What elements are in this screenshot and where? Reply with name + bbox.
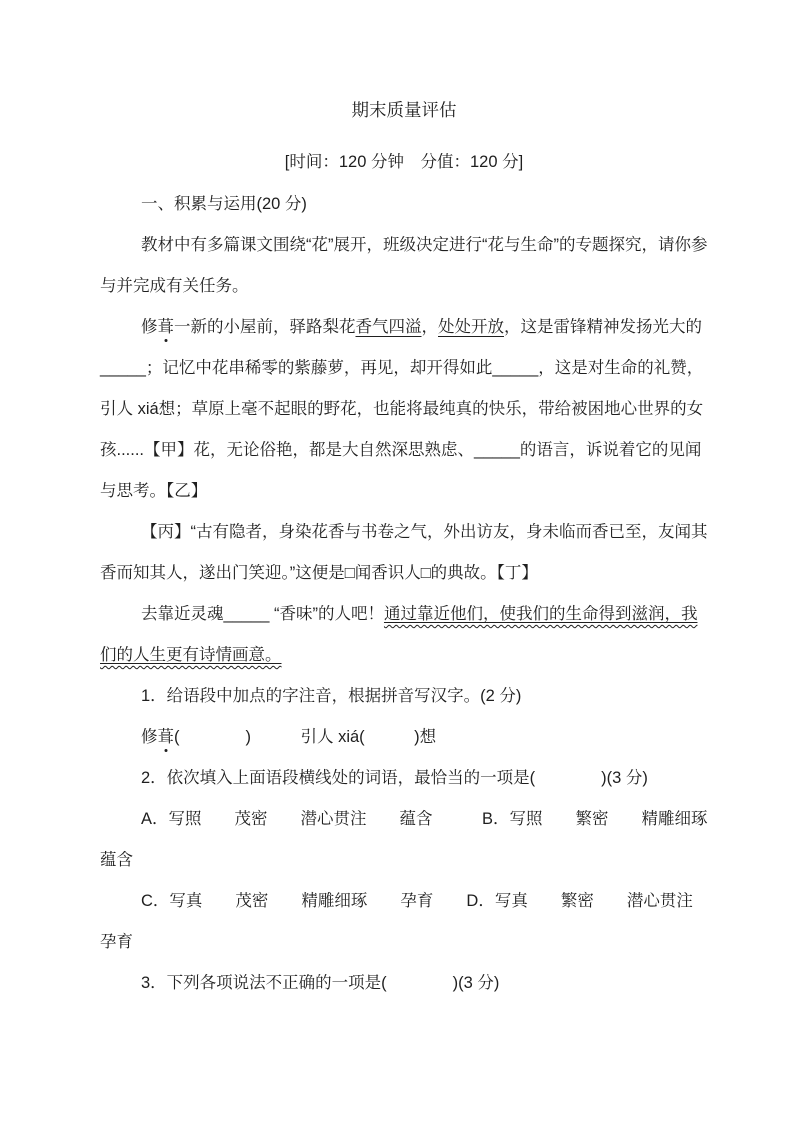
text-run: 去靠近灵魂	[141, 605, 224, 623]
emphasis-dot-char: 葺	[158, 318, 175, 336]
text-run: A．写照 茂密 潜心贯注 蕴含 B．写照 繁密 精雕细琢 蕴含	[100, 810, 741, 869]
text-run: “香味”的人吧！	[269, 605, 384, 623]
text-run: _____	[474, 441, 520, 459]
doc-title: 期末质量评估	[100, 90, 708, 131]
underlined-phrase: 香气四溢	[356, 318, 422, 336]
section-heading: 一、积累与运用(20 分)	[100, 184, 708, 225]
paragraph: 教材中有多篇课文围绕“花”展开，班级决定进行“花与生命”的专题探究，请你参与并完…	[100, 225, 708, 307]
emphasis-dot-char: 葺	[158, 728, 175, 746]
text-run: ( ) 引人 xiá( )想	[174, 728, 436, 746]
text-run: 修	[141, 318, 158, 336]
text-run: _____	[100, 359, 146, 377]
text-run: ，这是雷锋精神发扬光大的	[504, 318, 702, 336]
exam-page: 期末质量评估 [时间：120 分钟 分值：120 分] 一、积累与运用(20 分…	[0, 0, 793, 1122]
text-run: ；记忆中花串稀零的紫藤萝，再见，却开得如此	[146, 359, 493, 377]
paragraph: 去靠近灵魂_____ “香味”的人吧！通过靠近他们，使我们的生命得到滋润，我们的…	[100, 594, 708, 676]
paragraph: 修葺( ) 引人 xiá( )想	[100, 717, 708, 758]
paragraph: 修葺一新的小屋前，驿路梨花香气四溢，处处开放，这是雷锋精神发扬光大的_____；…	[100, 307, 708, 512]
text-run: 1．给语段中加点的字注音，根据拼音写汉字。(2 分)	[141, 687, 521, 705]
paragraph: A．写照 茂密 潜心贯注 蕴含 B．写照 繁密 精雕细琢 蕴含	[100, 799, 708, 881]
text-run: 3．下列各项说法不正确的一项是( )(3 分)	[141, 974, 499, 992]
text-run: 修	[141, 728, 158, 746]
underlined-phrase: 处处开放	[438, 318, 504, 336]
text-run: 【丙】“古有隐者，身染花香与书卷之气，外出访友，身未临而香已至，友闻其香而知其人…	[100, 523, 708, 582]
text-run: 教材中有多篇课文围绕“花”展开，班级决定进行“花与生命”的专题探究，请你参与并完…	[100, 236, 707, 295]
paragraph: 1．给语段中加点的字注音，根据拼音写汉字。(2 分)	[100, 676, 708, 717]
text-run: 2．依次填入上面语段横线处的词语，最恰当的一项是( )(3 分)	[141, 769, 648, 787]
paragraph: 3．下列各项说法不正确的一项是( )(3 分)	[100, 963, 708, 1004]
text-run: _____	[492, 359, 538, 377]
doc-meta: [时间：120 分钟 分值：120 分]	[100, 142, 708, 183]
paragraph: 2．依次填入上面语段横线处的词语，最恰当的一项是( )(3 分)	[100, 758, 708, 799]
text-run: C．写真 茂密 精雕细琢 孕育 D．写真 繁密 潜心贯注 孕育	[100, 892, 726, 951]
paragraph: C．写真 茂密 精雕细琢 孕育 D．写真 繁密 潜心贯注 孕育	[100, 881, 708, 963]
text-run: _____	[224, 605, 270, 623]
paragraph: 【丙】“古有隐者，身染花香与书卷之气，外出访友，身未临而香已至，友闻其香而知其人…	[100, 512, 708, 594]
text-run: 一新的小屋前，驿路梨花	[174, 318, 356, 336]
paragraphs: 教材中有多篇课文围绕“花”展开，班级决定进行“花与生命”的专题探究，请你参与并完…	[100, 225, 708, 1004]
text-run: ，	[422, 318, 439, 336]
